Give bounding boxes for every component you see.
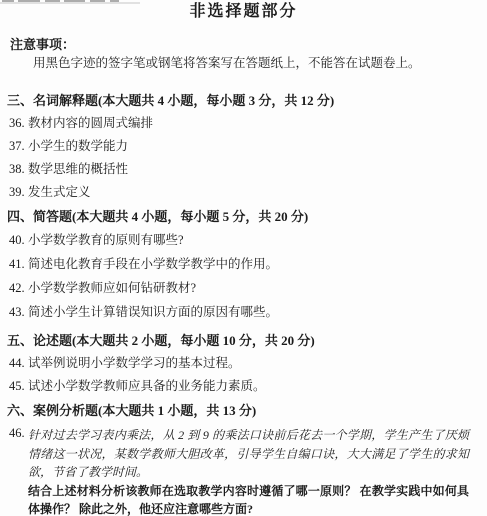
question-number: 37. [9,139,28,154]
question-44: 44. 试举例说明小学数学学习的基本过程。 [9,356,487,371]
notes-body: 用黑色字迹的签字笔或钢笔将答案写在答题纸上，不能答在试题卷上。 [33,56,487,71]
section-heading-5: 五、论述题(本大题共 2 小题，每小题 10 分，共 20 分) [7,333,487,348]
question-number: 40. [9,233,28,248]
question-number: 45. [9,379,28,394]
question-number: 42. [9,281,28,296]
question-text: 教材内容的圆周式编排 [28,116,487,131]
section-heading-6: 六、案例分析题(本大题共 1 小题，共 13 分) [7,403,487,418]
question-text: 试述小学数学教师应具备的业务能力素质。 [28,379,487,394]
question-number: 46. [9,426,28,516]
question-38: 38. 数学思维的概括性 [9,162,487,177]
scan-artifact-marks [0,0,160,5]
question-text: 试举例说明小学数学学习的基本过程。 [28,356,487,371]
question-text: 小学数学教育的原则有哪些? [28,233,487,248]
question-number: 38. [9,162,28,177]
question-text: 数学思维的概括性 [28,162,487,177]
question-number: 43. [9,305,28,320]
question-41: 41. 简述电化教育手段在小学数学教学中的作用。 [9,257,487,272]
notes-heading: 注意事项： [10,37,487,52]
exam-paper-page: 非选择题部分 注意事项： 用黑色字迹的签字笔或钢笔将答案写在答题纸上，不能答在试… [0,0,487,516]
question-42: 42. 小学数学教师应如何钻研教材? [9,281,487,296]
section-heading-4: 四、简答题(本大题共 4 小题，每小题 5 分，共 20 分) [7,209,487,224]
question-number: 39. [9,185,28,200]
question-text: 简述电化教育手段在小学数学教学中的作用。 [28,257,487,272]
question-text: 简述小学生计算错误知识方面的原因有哪些。 [28,305,487,320]
question-43: 43. 简述小学生计算错误知识方面的原因有哪些。 [9,305,487,320]
question-36: 36. 教材内容的圆周式编排 [9,116,487,131]
question-text: 小学生的数学能力 [28,139,487,154]
question-46: 46. 针对过去学习表内乘法，从 2 到 9 的乘法口诀前后花去一个学期，学生产… [9,426,487,516]
case-question-text: 结合上述材料分析该教师在选取教学内容时遵循了哪一原则？ 在教学实践中如何具体操作… [28,482,469,516]
question-37: 37. 小学生的数学能力 [9,139,487,154]
question-number: 41. [9,257,28,272]
question-number: 36. [9,116,28,131]
section-heading-3: 三、名词解释题(本大题共 4 小题，每小题 3 分，共 12 分) [7,93,487,108]
question-text: 小学数学教师应如何钻研教材? [28,281,487,296]
question-text: 发生式定义 [28,185,487,200]
question-39: 39. 发生式定义 [9,185,487,200]
case-material-text: 针对过去学习表内乘法，从 2 到 9 的乘法口诀前后花去一个学期，学生产生了厌烦… [28,426,469,482]
question-40: 40. 小学数学教育的原则有哪些? [9,233,487,248]
question-number: 44. [9,356,28,371]
question-46-body: 针对过去学习表内乘法，从 2 到 9 的乘法口诀前后花去一个学期，学生产生了厌烦… [28,426,487,516]
question-45: 45. 试述小学数学教师应具备的业务能力素质。 [9,379,487,394]
